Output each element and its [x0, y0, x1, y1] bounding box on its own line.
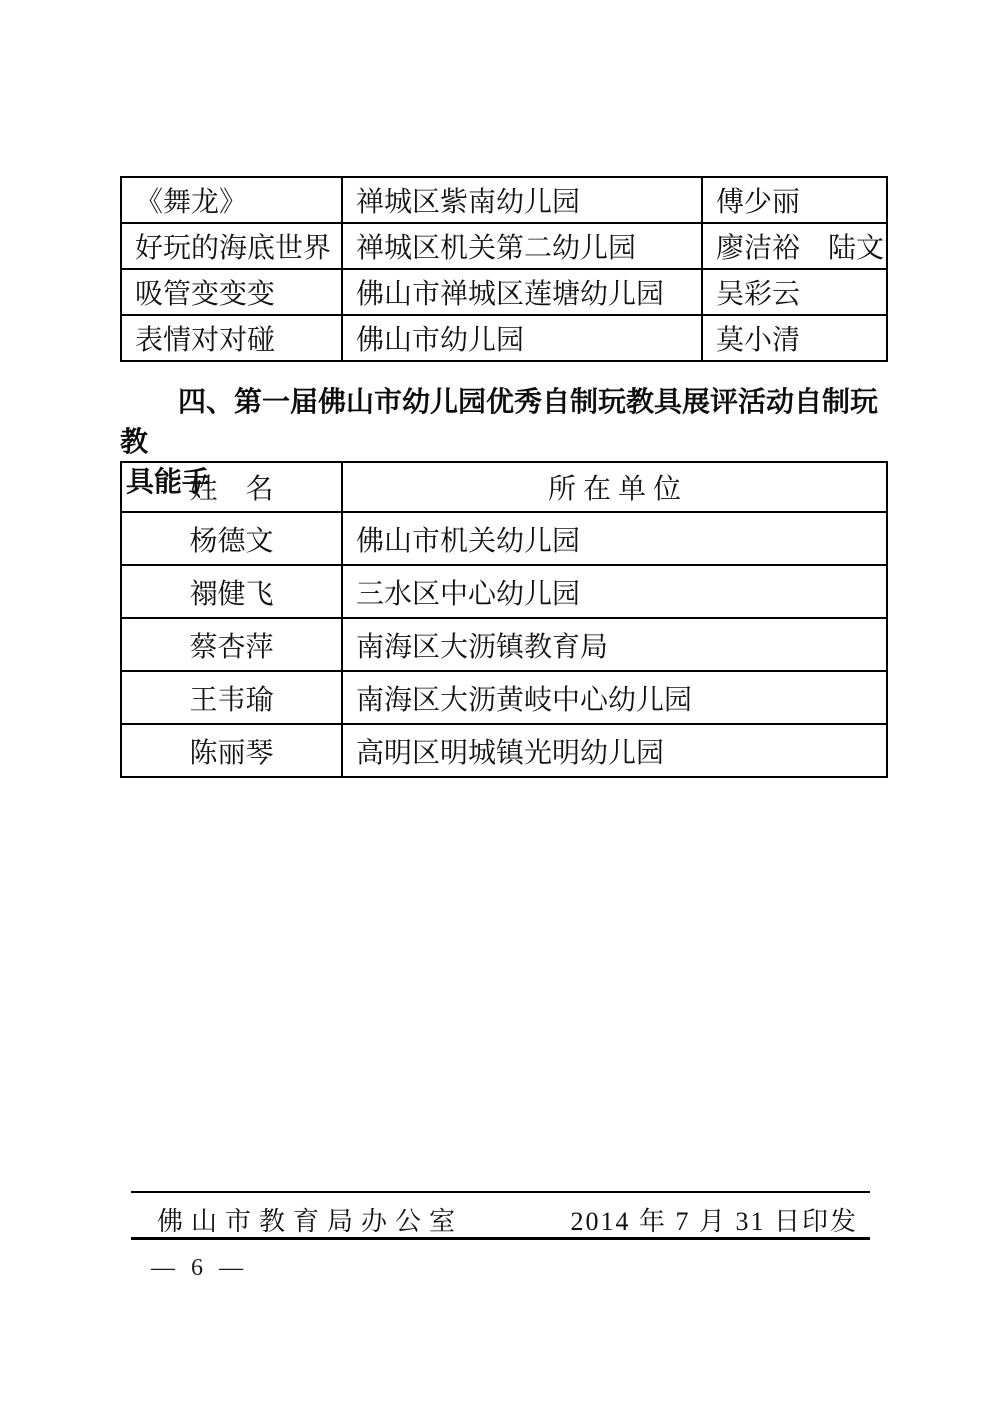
- work-author-cell: 傅少丽: [702, 177, 887, 223]
- person-unit-cell: 南海区大沥镇教育局: [342, 618, 887, 671]
- person-name-cell: 蔡杏萍: [121, 618, 342, 671]
- table-row: 好玩的海底世界 禅城区机关第二幼儿园 廖洁裕 陆文洁: [121, 223, 887, 269]
- table-row: 陈丽琴 高明区明城镇光明幼儿园: [121, 724, 887, 777]
- work-author-cell: 莫小清: [702, 315, 887, 361]
- work-unit-cell: 禅城区机关第二幼儿园: [342, 223, 702, 269]
- work-title-cell: 《舞龙》: [121, 177, 342, 223]
- person-name-cell: 陈丽琴: [121, 724, 342, 777]
- work-title-cell: 表情对对碰: [121, 315, 342, 361]
- work-author-cell: 吴彩云: [702, 269, 887, 315]
- table-row: 禤健飞 三水区中心幼儿园: [121, 565, 887, 618]
- person-name-cell: 杨德文: [121, 512, 342, 565]
- person-unit-cell: 高明区明城镇光明幼儿园: [342, 724, 887, 777]
- work-title-cell: 吸管变变变: [121, 269, 342, 315]
- person-name-cell: 王韦瑜: [121, 671, 342, 724]
- unit-header-cell: 所 在 单 位: [342, 462, 887, 512]
- footer-bottom-rule: [131, 1237, 870, 1240]
- work-unit-cell: 佛山市幼儿园: [342, 315, 702, 361]
- table-row: 蔡杏萍 南海区大沥镇教育局: [121, 618, 887, 671]
- footer-issuer: 佛山市教育局办公室: [157, 1201, 463, 1238]
- awards-table: 《舞龙》 禅城区紫南幼儿园 傅少丽 好玩的海底世界 禅城区机关第二幼儿园 廖洁裕…: [120, 176, 888, 362]
- person-unit-cell: 佛山市机关幼儿园: [342, 512, 887, 565]
- table-row: 吸管变变变 佛山市禅城区莲塘幼儿园 吴彩云: [121, 269, 887, 315]
- footer-top-rule: [131, 1191, 870, 1193]
- page-number: — 6 —: [151, 1255, 248, 1282]
- work-title-cell: 好玩的海底世界: [121, 223, 342, 269]
- person-unit-cell: 三水区中心幼儿园: [342, 565, 887, 618]
- table-row: 表情对对碰 佛山市幼儿园 莫小清: [121, 315, 887, 361]
- section-heading-line1: 四、第一届佛山市幼儿园优秀自制玩教具展评活动自制玩教: [120, 382, 892, 462]
- document-page: 《舞龙》 禅城区紫南幼儿园 傅少丽 好玩的海底世界 禅城区机关第二幼儿园 廖洁裕…: [0, 0, 992, 1403]
- person-name-cell: 禤健飞: [121, 565, 342, 618]
- work-author-cell: 廖洁裕 陆文洁: [702, 223, 887, 269]
- table-row: 杨德文 佛山市机关幼儿园: [121, 512, 887, 565]
- footer-print-date: 2014 年 7 月 31 日印发: [570, 1201, 858, 1238]
- work-unit-cell: 禅城区紫南幼儿园: [342, 177, 702, 223]
- work-unit-cell: 佛山市禅城区莲塘幼儿园: [342, 269, 702, 315]
- table-row: 王韦瑜 南海区大沥黄岐中心幼儿园: [121, 671, 887, 724]
- table-header-row: 姓 名 所 在 单 位: [121, 462, 887, 512]
- table-row: 《舞龙》 禅城区紫南幼儿园 傅少丽: [121, 177, 887, 223]
- person-unit-cell: 南海区大沥黄岐中心幼儿园: [342, 671, 887, 724]
- footer: 佛山市教育局办公室 2014 年 7 月 31 日印发: [131, 1201, 870, 1238]
- name-header-cell: 姓 名: [121, 462, 342, 512]
- talents-table: 姓 名 所 在 单 位 杨德文 佛山市机关幼儿园 禤健飞 三水区中心幼儿园 蔡杏…: [120, 461, 888, 778]
